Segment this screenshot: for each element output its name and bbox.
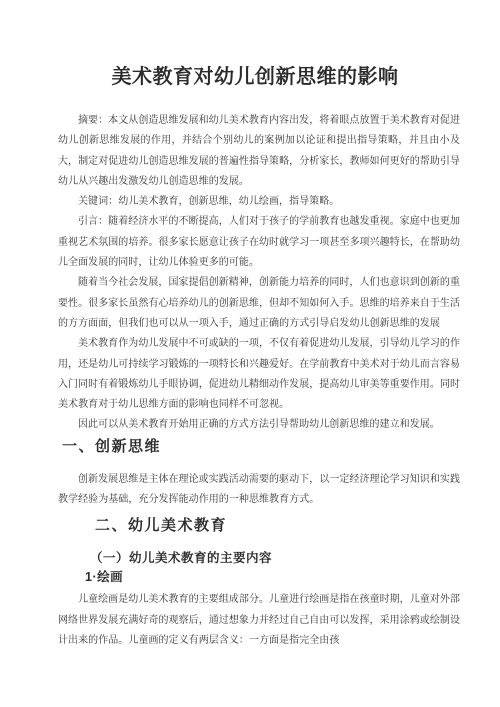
section-1-paragraph: 创新发展思维是主体在理论或实践活动需要的驱动下，以一定经济理论学习知识和实践教学… <box>58 470 460 511</box>
abstract-paragraph: 摘要：本文从创造思维发展和幼儿美术教育内容出发，将着眼点放置于美术教育对促进幼儿… <box>58 111 460 192</box>
keywords-line: 关键词：幼儿美术教育，创新思维，幼儿绘画，指导策略。 <box>58 192 460 212</box>
document-page: 美术教育对幼儿创新思维的影响 摘要：本文从创造思维发展和幼儿美术教育内容出发，将… <box>0 0 500 707</box>
paragraph-art-education-role: 美术教育作为幼儿发展中不可或缺的一项，不仅有着促进幼儿发展，引导幼儿学习的作用，… <box>58 334 460 415</box>
document-title: 美术教育对幼儿创新思维的影响 <box>50 64 460 90</box>
paragraph-innovation-society: 随着当今社会发展，国家提倡创新精神，创新能力培养的同时，人们也意识到创新的重要性… <box>58 273 460 334</box>
section-2-subsection-heading: （一）幼儿美术教育的主要内容 <box>90 550 460 566</box>
paragraph-children-drawing: 儿童绘画是幼儿美术教育的主要组成部分。儿童进行绘画是指在孩童时期，儿童对外部网络… <box>58 590 460 651</box>
section-2-heading: 二、幼儿美术教育 <box>95 516 460 536</box>
section-2-item-heading: 1·绘画 <box>85 569 460 585</box>
introduction-paragraph: 引言：随着经济水平的不断提高，人们对于孩子的学前教育也越发重视。家庭中也更加重视… <box>58 212 460 273</box>
paragraph-conclusion: 因此可以从美术教育开始用正确的方式方法引导帮助幼儿创新思维的建立和发展。 <box>58 415 460 435</box>
section-1-heading: 一、创新思维 <box>62 437 460 457</box>
